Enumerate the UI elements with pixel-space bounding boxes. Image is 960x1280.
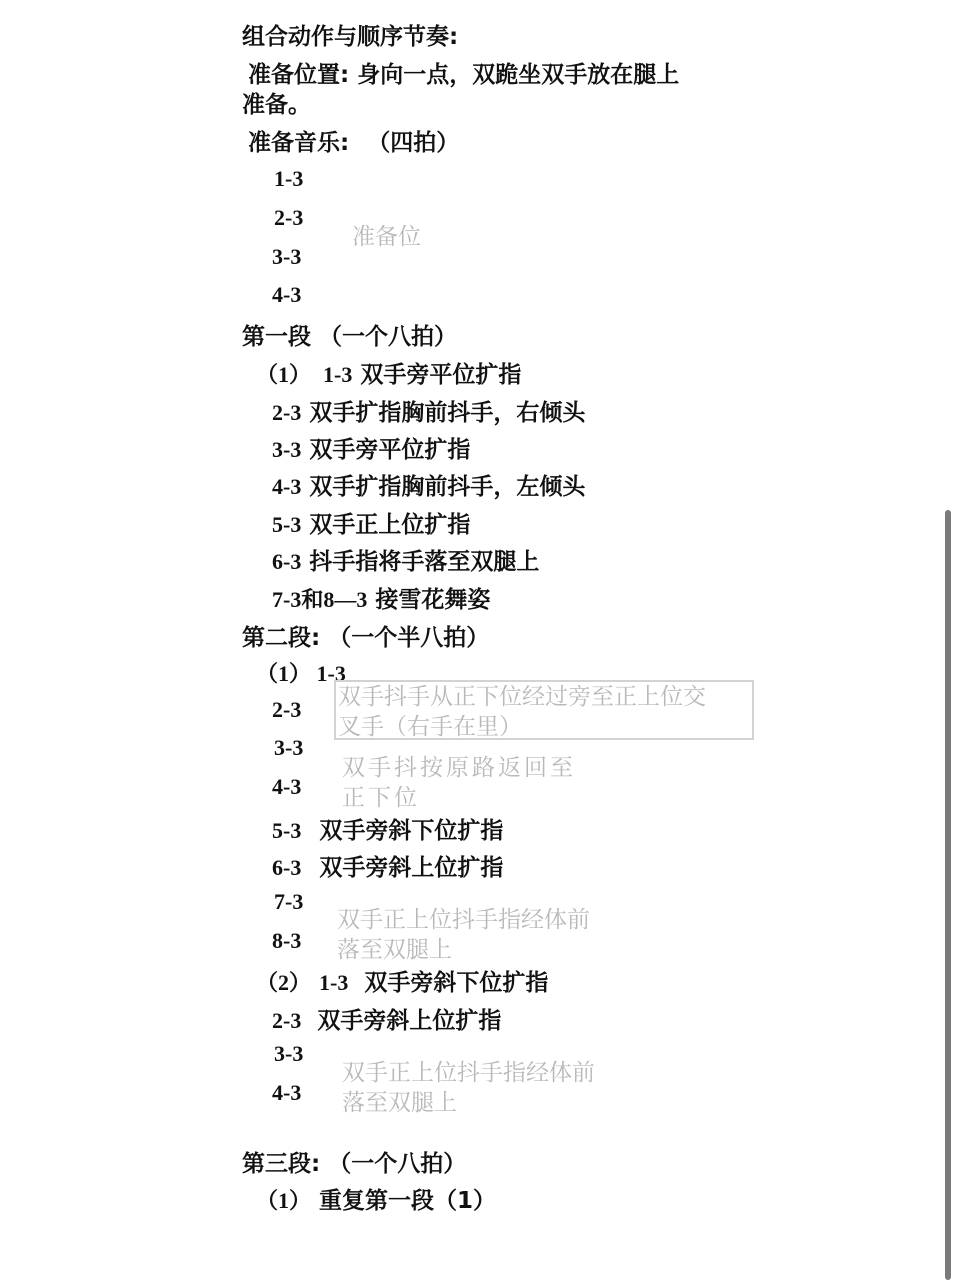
prep-count-1: 1-3 <box>274 166 303 192</box>
note-line: 双手抖按原路返回至 <box>342 753 576 783</box>
count: 4-3 <box>272 474 301 499</box>
page-title: 组合动作与顺序节奏: <box>242 18 458 51</box>
prep-count-3: 3-3 <box>272 244 301 270</box>
count: 4-3 <box>272 1080 301 1106</box>
action: 双手旁斜下位扩指 <box>364 970 548 996</box>
action: 接雪花舞姿 <box>375 587 490 613</box>
count: 5-3 <box>272 512 301 537</box>
prep-position-label: 准备位置: <box>248 62 349 88</box>
count: 5-3 <box>272 818 301 843</box>
action: 双手旁斜上位扩指 <box>319 855 503 881</box>
section1-row: 4-3 双手扩指胸前抖手，左倾头 <box>272 468 585 501</box>
note-line: 落至双腿上 <box>342 1088 595 1118</box>
count: 6-3 <box>272 549 301 574</box>
section1-row: 5-3 双手正上位扩指 <box>272 506 470 539</box>
section2-part2-row: 2-3 双手旁斜上位扩指 <box>272 1002 501 1035</box>
group-label: （1） <box>256 661 311 686</box>
prep-position-line: 准备位置: 身向一点，双跪坐双手放在腿上 <box>248 56 679 89</box>
section2-heading: 第二段: （一个半八拍） <box>242 619 489 652</box>
action: 双手正上位扩指 <box>309 512 470 538</box>
section1-row: 3-3 双手旁平位扩指 <box>272 431 470 464</box>
action: 重复第一段（1） <box>319 1188 496 1214</box>
prep-position-text: 身向一点，双跪坐双手放在腿上 <box>357 62 679 88</box>
prep-count-4: 4-3 <box>272 282 301 308</box>
count: 1-3 <box>319 970 348 995</box>
group-label: （1） <box>256 1188 311 1213</box>
group-label: （1） <box>256 362 311 387</box>
prep-position-text-cont: 准备。 <box>242 86 311 119</box>
section3-heading: 第三段: （一个八拍） <box>242 1145 466 1178</box>
count: 7-3和8—3 <box>272 587 367 612</box>
count: 3-3 <box>272 437 301 462</box>
action: 双手扩指胸前抖手，左倾头 <box>309 474 585 500</box>
section3-row: （1） 重复第一段（1） <box>256 1182 496 1215</box>
count: 4-3 <box>272 774 301 800</box>
group-label: （2） <box>256 970 311 995</box>
count: 1-3 <box>323 362 352 387</box>
action: 抖手指将手落至双腿上 <box>309 549 539 575</box>
prep-music-label: 准备音乐: <box>248 130 349 156</box>
section1-row: 2-3 双手扩指胸前抖手，右倾头 <box>272 394 585 427</box>
prep-music-line: 准备音乐: （四拍） <box>248 124 459 157</box>
vertical-scrollbar[interactable] <box>945 510 951 1280</box>
action: 双手旁平位扩指 <box>309 437 470 463</box>
action: 双手扩指胸前抖手，右倾头 <box>309 400 585 426</box>
action: 双手旁平位扩指 <box>360 362 521 388</box>
action: 双手旁斜上位扩指 <box>317 1008 501 1034</box>
count: 2-3 <box>272 1008 301 1033</box>
note-line: 正下位 <box>342 783 576 813</box>
count: 6-3 <box>272 855 301 880</box>
note-line: 落至双腿上 <box>337 935 590 965</box>
section2-row: 6-3 双手旁斜上位扩指 <box>272 849 503 882</box>
note-b: 双手抖按原路返回至 正下位 <box>342 753 576 813</box>
count: 3-3 <box>274 735 303 761</box>
prep-music-beats: （四拍） <box>367 130 459 156</box>
note-line: 双手正上位抖手指经体前 <box>337 905 590 935</box>
section1-row: 7-3和8—3 接雪花舞姿 <box>272 581 490 614</box>
note-d: 双手正上位抖手指经体前 落至双腿上 <box>342 1058 595 1118</box>
prep-note: 准备位 <box>352 222 421 252</box>
note-line: 双手正上位抖手指经体前 <box>342 1058 595 1088</box>
section2-part1-first: （1） 1-3 <box>256 657 346 688</box>
section1-heading: 第一段 （一个八拍） <box>242 318 457 351</box>
note-textbox-a: 双手抖手从正下位经过旁至正上位交 叉手（右手在里） <box>334 680 754 740</box>
section1-row: 6-3 抖手指将手落至双腿上 <box>272 543 539 576</box>
section1-row: （1） 1-3 双手旁平位扩指 <box>256 356 521 389</box>
count: 8-3 <box>272 928 301 954</box>
count: 2-3 <box>272 400 301 425</box>
note-line: 双手抖手从正下位经过旁至正上位交 <box>338 682 750 712</box>
section2-part2-row: （2） 1-3 双手旁斜下位扩指 <box>256 964 548 997</box>
note-c: 双手正上位抖手指经体前 落至双腿上 <box>337 905 590 965</box>
action: 双手旁斜下位扩指 <box>319 818 503 844</box>
prep-count-2: 2-3 <box>274 205 303 231</box>
note-line: 叉手（右手在里） <box>338 712 750 742</box>
count: 2-3 <box>272 697 301 723</box>
count: 7-3 <box>274 889 303 915</box>
section2-row: 5-3 双手旁斜下位扩指 <box>272 812 503 845</box>
count: 3-3 <box>274 1041 303 1067</box>
